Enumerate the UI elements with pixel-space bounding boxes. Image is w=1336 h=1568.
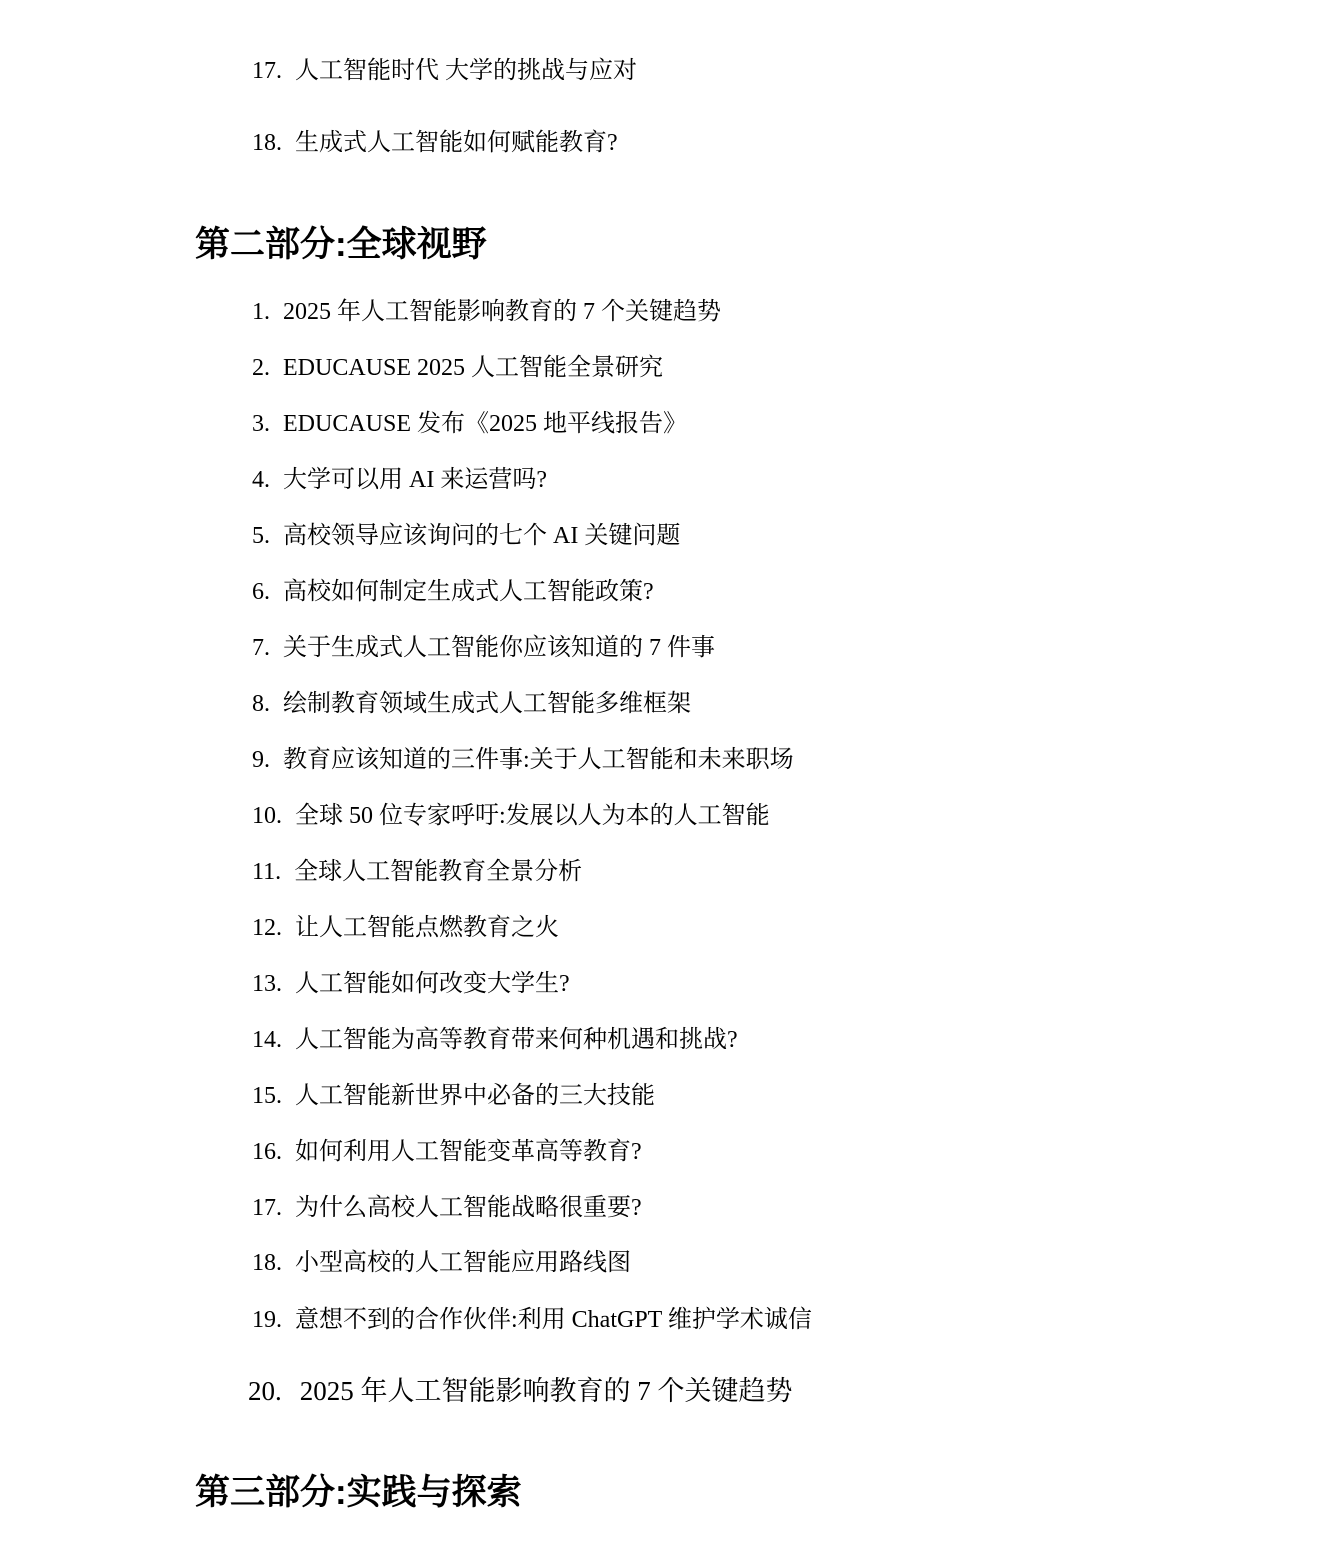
toc-item-number: 4. (252, 464, 270, 496)
toc-item-text: 全球人工智能教育全景分析 (294, 859, 582, 885)
toc-item-text: 2025 年人工智能影响教育的 7 个关键趋势 (300, 1376, 793, 1406)
toc-item-text: 人工智能如何改变大学生? (295, 971, 570, 997)
toc-item-text: EDUCAUSE 发布《2025 地平线报告》 (283, 411, 687, 437)
toc-item-text: 教育应该知道的三件事:关于人工智能和未来职场 (283, 747, 794, 773)
toc-item: 6.高校如何制定生成式人工智能政策? (252, 576, 654, 608)
toc-item-number: 19. (252, 1304, 282, 1336)
toc-item-number: 3. (252, 408, 270, 440)
toc-item: 5.高校领导应该询问的七个 AI 关键问题 (252, 520, 680, 552)
document-page: 17.人工智能时代 大学的挑战与应对 18.生成式人工智能如何赋能教育? 第二部… (0, 0, 1336, 1568)
toc-item-number: 20. (248, 1373, 282, 1409)
toc-item: 10.全球 50 位专家呼吁:发展以人为本的人工智能 (252, 800, 770, 832)
toc-item: 12.让人工智能点燃教育之火 (252, 912, 559, 944)
toc-item-text: 全球 50 位专家呼吁:发展以人为本的人工智能 (295, 803, 770, 829)
toc-item-text: 生成式人工智能如何赋能教育? (295, 130, 618, 156)
toc-item-number: 18. (252, 1247, 282, 1279)
toc-item-number: 5. (252, 520, 270, 552)
toc-item: 7.关于生成式人工智能你应该知道的 7 件事 (252, 632, 715, 664)
toc-item-number: 17. (252, 55, 282, 87)
toc-item-number: 17. (252, 1192, 282, 1224)
toc-item: 17.为什么高校人工智能战略很重要? (252, 1192, 642, 1224)
toc-item-text: 如何利用人工智能变革高等教育? (295, 1139, 642, 1165)
toc-item: 19.意想不到的合作伙伴:利用 ChatGPT 维护学术诚信 (252, 1304, 812, 1336)
toc-item: 17.人工智能时代 大学的挑战与应对 (252, 55, 637, 87)
toc-item-text: 意想不到的合作伙伴:利用 ChatGPT 维护学术诚信 (295, 1307, 812, 1333)
toc-item-text: 大学可以用 AI 来运营吗? (283, 467, 547, 493)
toc-item-text: 高校领导应该询问的七个 AI 关键问题 (283, 523, 680, 549)
toc-item-number: 12. (252, 912, 282, 944)
toc-item-number: 1. (252, 296, 270, 328)
toc-item: 2.EDUCAUSE 2025 人工智能全景研究 (252, 352, 663, 384)
toc-item-number: 7. (252, 632, 270, 664)
toc-item: 13.人工智能如何改变大学生? (252, 968, 570, 1000)
toc-item-text: 小型高校的人工智能应用路线图 (295, 1250, 631, 1276)
toc-item: 1.2025 年人工智能影响教育的 7 个关键趋势 (252, 296, 721, 328)
toc-item-number: 14. (252, 1024, 282, 1056)
toc-item: 16.如何利用人工智能变革高等教育? (252, 1136, 642, 1168)
toc-item: 4.大学可以用 AI 来运营吗? (252, 464, 547, 496)
toc-item-text: 高校如何制定生成式人工智能政策? (283, 579, 654, 605)
toc-item-number: 16. (252, 1136, 282, 1168)
toc-item-text: 绘制教育领域生成式人工智能多维框架 (283, 691, 691, 717)
toc-item: 18.生成式人工智能如何赋能教育? (252, 127, 618, 159)
section-heading-part3: 第三部分:实践与探索 (195, 1470, 522, 1516)
toc-item-text: EDUCAUSE 2025 人工智能全景研究 (283, 355, 663, 381)
toc-item: 9.教育应该知道的三件事:关于人工智能和未来职场 (252, 744, 794, 776)
toc-item-text: 2025 年人工智能影响教育的 7 个关键趋势 (283, 299, 721, 325)
toc-item-number: 8. (252, 688, 270, 720)
toc-item-number: 13. (252, 968, 282, 1000)
toc-item-text: 关于生成式人工智能你应该知道的 7 件事 (283, 635, 715, 661)
toc-item: 11.全球人工智能教育全景分析 (252, 856, 582, 888)
toc-item: 15.人工智能新世界中必备的三大技能 (252, 1080, 655, 1112)
toc-item-text: 人工智能为高等教育带来何种机遇和挑战? (295, 1027, 738, 1053)
toc-item: 8.绘制教育领域生成式人工智能多维框架 (252, 688, 691, 720)
toc-item: 18.小型高校的人工智能应用路线图 (252, 1247, 631, 1279)
toc-item-text: 人工智能新世界中必备的三大技能 (295, 1083, 655, 1109)
toc-item: 3.EDUCAUSE 发布《2025 地平线报告》 (252, 408, 687, 440)
toc-item-number: 11. (252, 856, 281, 888)
toc-item: 20.2025 年人工智能影响教育的 7 个关键趋势 (248, 1373, 793, 1409)
toc-item-number: 18. (252, 127, 282, 159)
toc-item-text: 让人工智能点燃教育之火 (295, 915, 559, 941)
toc-item: 14.人工智能为高等教育带来何种机遇和挑战? (252, 1024, 738, 1056)
toc-item-number: 10. (252, 800, 282, 832)
toc-item-number: 6. (252, 576, 270, 608)
toc-item-text: 人工智能时代 大学的挑战与应对 (295, 58, 637, 84)
toc-item-number: 9. (252, 744, 270, 776)
section-heading-part2: 第二部分:全球视野 (195, 222, 487, 268)
toc-item-number: 15. (252, 1080, 282, 1112)
toc-item-text: 为什么高校人工智能战略很重要? (295, 1195, 642, 1221)
toc-item-number: 2. (252, 352, 270, 384)
